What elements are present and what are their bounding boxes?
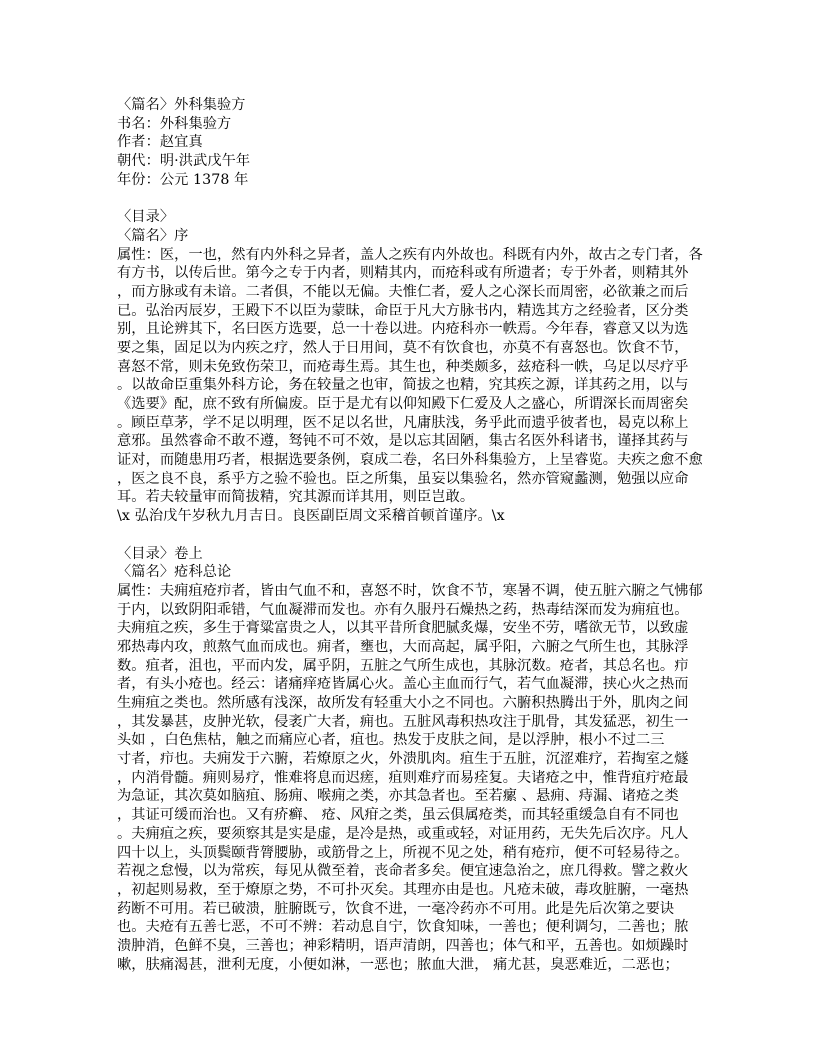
text-line: 。以故命臣重集外科方论，务在较量之也审，简拔之也精，究其疾之源，详其药之用，以与 [117, 376, 707, 395]
text-line: 生痈疽之类也。然所感有浅深，故所发有轻重大小之不同也。六腑积热腾出于外，肌肉之间 [117, 694, 707, 713]
text-line: ，而方脉或有未谙。二者俱，不能以无偏。夫惟仁者，爱人之心深长而周密，必欲兼之而后 [117, 283, 707, 302]
text-line: 夫痈疽之疾，多生于膏粱富贵之人，以其平昔所食肥腻炙爆，安坐不劳，嗜欲无节，以致虚 [117, 619, 707, 638]
text-line: 别，且论辨其下，名曰医方选要，总一十卷以进。内疮科亦一帙焉。今年春，睿意又以为选 [117, 320, 707, 339]
toc-heading: 〈目录〉卷上 [117, 545, 707, 564]
text-line: 证对，而随患用巧者，根据选要条例，裒成二卷，名曰外科集验方，上呈睿览。夫疾之愈不… [117, 451, 707, 470]
text-line: 邪热毒内攻，煎熬气血而成也。痈者，壅也，大而高起，属乎阳，六腑之气所生也，其脉浮 [117, 638, 707, 657]
text-line: 意邪。虽然睿命不敢不遵，驽钝不可不效，是以忘其固陋，集古名医外科诸书，谨择其药与 [117, 432, 707, 451]
text-line: 属性：医，一也，然有内外科之异者，盖人之疾有内外故也。科既有内外，故古之专门者，… [117, 246, 707, 265]
text-line: 。顾臣草茅，学不足以明理，医不足以名世，凡庸肤浅，务乎此而遗乎彼者也，曷克以称上 [117, 414, 707, 433]
book-name-line: 书名：外科集验方 [117, 115, 707, 134]
text-line: 溃肿消，色鲜不臭，三善也；神彩精明，语声清朗，四善也；体气和平，五善也。如烦躁时 [117, 937, 707, 956]
blank-line [117, 189, 707, 208]
text-line: ，医之良不良，系乎方之验不验也。臣之所集，虽妄以集验名，然亦管窥蠡测，勉强以应命 [117, 470, 707, 489]
text-line: 。夫痈疽之疾，要须察其是实是虚，是冷是热，或重或轻，对证用药，无失先后次序。凡人 [117, 825, 707, 844]
signature-line: \x 弘治戊午岁秋九月吉日。良医副臣周文采稽首顿首谨序。\x [117, 507, 707, 526]
blank-line [117, 526, 707, 545]
text-line: ，内消骨髓。痈则易疗，惟难将息而迟瘥，疽则难疗而易痊复。夫诸疮之中，惟背疽疔疮最 [117, 769, 707, 788]
toc-heading: 〈目录〉 [117, 208, 707, 227]
text-line: 若视之怠慢，以为常疾，每见从微至着，丧命者多矣。便宜速急治之，庶几得救。譬之救火 [117, 862, 707, 881]
chapter-heading: 〈篇名〉疮科总论 [117, 563, 707, 582]
text-line: 《选要》配，庶不致有所偏废。臣于是尤有以仰知殿下仁爱及人之盛心，所谓深长而周密矣 [117, 395, 707, 414]
text-line: ，初起则易救，至于燎原之势，不可扑灭矣。其理亦由是也。凡疮未破，毒攻脏腑，一毫热 [117, 881, 707, 900]
text-line: 喜怒不常，则未免致伤荣卫，而疮毒生焉。其生也，种类颇多，兹疮科一帙，乌足以尽疗乎 [117, 358, 707, 377]
work-title-line: 〈篇名〉外科集验方 [117, 96, 707, 115]
text-line: 耳。若夫较量审而简拔精，究其源而详其用，则臣岂敢。 [117, 488, 707, 507]
text-line: ，其证可缓而治也。又有疥癣、 疮、风疳之类，虽云俱属疮类，而其轻重缓急自有不同也 [117, 806, 707, 825]
year-line: 年份：公元 1378 年 [117, 171, 707, 190]
chapter-heading: 〈篇名〉序 [117, 227, 707, 246]
text-line: 也。夫疮有五善七恶，不可不辨：若动息自宁，饮食知味，一善也；便利调匀，二善也；脓 [117, 918, 707, 937]
text-line: ，其发暴甚，皮肿光软，侵袤广大者，痈也。五脏风毒积热攻注于肌骨，其发猛恶，初生一 [117, 713, 707, 732]
text-line: 头如 ，白色焦枯，触之而痛应心者，疽也。热发于皮肤之间，是以浮肿，根小不过二三 [117, 731, 707, 750]
author-line: 作者：赵宜真 [117, 133, 707, 152]
section-preface: 〈目录〉 〈篇名〉序 属性：医，一也，然有内外科之异者，盖人之疾有内外故也。科既… [117, 208, 707, 526]
text-line: 嗽，肤痛渴甚，泄利无度，小便如淋，一恶也；脓血大泄， 痛尤甚，臭恶难近，二恶也； [117, 956, 707, 975]
text-line: 者，有头小疮也。经云：诸痛痒疮皆属心火。盖心主血而行气，若气血凝滞，挟心火之热而 [117, 675, 707, 694]
text-line: 于内，以致阴阳乖错，气血凝滞而发也。亦有久服丹石燥热之药，热毒结深而发为痈疽也。 [117, 601, 707, 620]
text-line: 要之集，固足以为内疾之疗，然人于日用间，莫不有饮食也，亦莫不有喜怒也。饮食不节， [117, 339, 707, 358]
dynasty-line: 朝代：明·洪武戊午年 [117, 152, 707, 171]
text-line: 数。疽者，沮也，平而内发，属乎阴，五脏之气所生成也，其脉沉数。疮者，其总名也。疖 [117, 657, 707, 676]
text-line: 有方书，以传后世。第今之专于内者，则精其内，而疮科或有所遗者；专于外者，则精其外 [117, 264, 707, 283]
text-line: 寸者，疖也。夫痈发于六腑，若燎原之火，外溃肌肉。疽生于五脏，沉涩难疗，若掏室之燧 [117, 750, 707, 769]
section-general-discussion: 〈目录〉卷上 〈篇名〉疮科总论 属性：夫痈疽疮疖者，皆由气血不和，喜怒不时，饮食… [117, 545, 707, 975]
text-line: 四十以上，头顶鬓颐背膂腰胁，或筋骨之上，所视不见之处，稍有疮疖，便不可轻易待之。 [117, 844, 707, 863]
text-line: 为急证，其次莫如脑疽、肠痈、喉痈之类，亦其急者也。至若瘰 、悬痈、痔漏、诸疮之类 [117, 787, 707, 806]
document-page: 〈篇名〉外科集验方 书名：外科集验方 作者：赵宜真 朝代：明·洪武戊午年 年份：… [117, 96, 707, 974]
text-line: 药断不可用。若已破溃，脏腑既亏，饮食不进，一毫冷药亦不可用。此是先后次第之要诀 [117, 900, 707, 919]
text-line: 已。弘治丙辰岁，王殿下不以臣为蒙昧，命臣于凡大方脉书内，精选其方之经验者，区分类 [117, 302, 707, 321]
text-line: 属性：夫痈疽疮疖者，皆由气血不和，喜怒不时，饮食不节，寒暑不调，使五脏六腑之气怫… [117, 582, 707, 601]
